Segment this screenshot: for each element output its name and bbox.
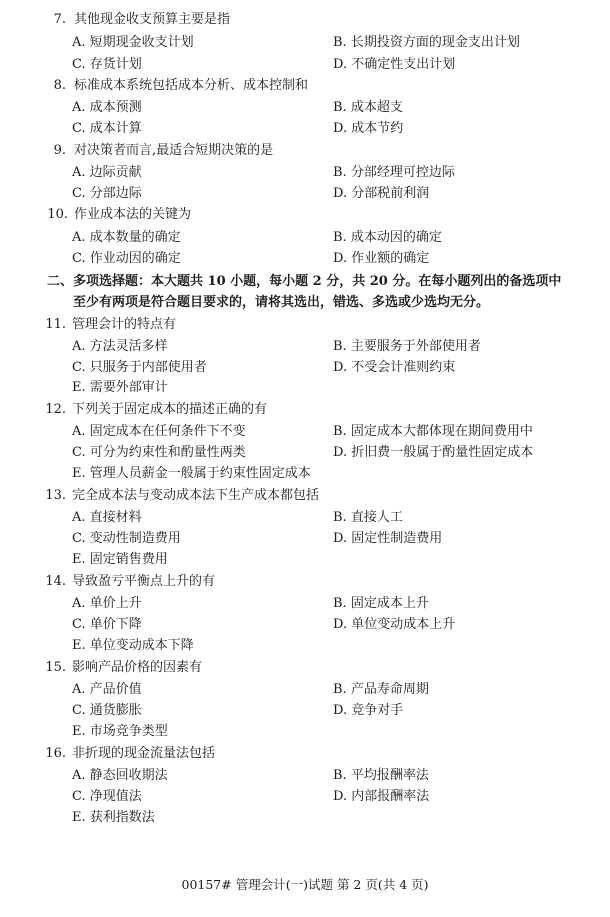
option-b: B. 长期投资方面的现金支出计划 (333, 35, 520, 51)
option-c: C. 通货膨胀 (72, 703, 142, 719)
option-e: E. 获利指数法 (72, 810, 155, 826)
option-e: E. 市场竞争类型 (72, 724, 168, 740)
option-d: D. 分部税前利润 (333, 186, 429, 202)
option-c: C. 存货计划 (72, 57, 142, 73)
question-stem: 非折现的现金流量法包括 (72, 746, 215, 762)
option-e: E. 单位变动成本下降 (72, 638, 194, 654)
question-number: 15. (36, 660, 66, 676)
option-c: C. 净现值法 (72, 789, 142, 805)
option-a: A. 短期现金收支计划 (72, 35, 194, 51)
option-b: B. 产品寿命周期 (333, 682, 429, 698)
option-b: B. 成本超支 (333, 100, 403, 116)
option-c: C. 分部边际 (72, 186, 142, 202)
section-header-line-1: 二、多项选择题：本大题共 10 小题，每小题 2 分，共 20 分。在每小题列出… (47, 274, 561, 290)
option-b: B. 平均报酬率法 (333, 768, 429, 784)
option-d: D. 单位变动成本上升 (333, 617, 455, 633)
option-d: D. 不确定性支出计划 (333, 57, 455, 73)
option-e: E. 固定销售费用 (72, 552, 168, 568)
question-stem: 作业成本法的关键为 (74, 207, 191, 223)
section-header-line-2: 至少有两项是符合题目要求的，请将其选出，错选、多选或少选均无分。 (73, 295, 489, 311)
question-stem: 下列关于固定成本的描述正确的有 (72, 402, 267, 418)
question-number: 11. (36, 317, 66, 333)
option-b: B. 成本动因的确定 (333, 230, 442, 246)
option-e: E. 需要外部审计 (72, 380, 168, 396)
question-stem: 管理会计的特点有 (72, 317, 176, 333)
option-a: A. 成本数量的确定 (72, 230, 181, 246)
option-c: C. 变动性制造费用 (72, 531, 181, 547)
question-number: 10. (38, 207, 68, 223)
option-c: C. 可分为约束性和酌量性两类 (72, 445, 246, 461)
option-c: C. 只服务于内部使用者 (72, 360, 207, 376)
question-stem: 其他现金收支预算主要是指 (74, 12, 230, 28)
option-d: D. 作业额的确定 (333, 251, 429, 267)
option-c: C. 成本计算 (72, 121, 142, 137)
option-b: B. 固定成本上升 (333, 596, 429, 612)
option-c: C. 单价下降 (72, 617, 142, 633)
option-d: D. 固定性制造费用 (333, 531, 442, 547)
option-b: B. 直接人工 (333, 510, 403, 526)
question-stem: 完全成本法与变动成本法下生产成本都包括 (72, 488, 319, 504)
question-stem: 标准成本系统包括成本分析、成本控制和 (74, 78, 308, 94)
question-number: 14. (36, 574, 66, 590)
option-a: A. 成本预测 (72, 100, 142, 116)
option-c: C. 作业动因的确定 (72, 251, 181, 267)
question-stem: 影响产品价格的因素有 (72, 660, 202, 676)
option-d: D. 不受会计准则约束 (333, 360, 455, 376)
option-d: D. 内部报酬率法 (333, 789, 429, 805)
option-b: B. 固定成本大都体现在期间费用中 (333, 424, 533, 440)
option-e: E. 管理人员薪金一般属于约束性固定成本 (72, 466, 311, 482)
question-number: 13. (36, 488, 66, 504)
option-a: A. 固定成本在任何条件下不变 (72, 424, 246, 440)
option-d: D. 竞争对手 (333, 703, 403, 719)
question-number: 8. (36, 78, 66, 94)
question-number: 12. (36, 402, 66, 418)
option-a: A. 边际贡献 (72, 165, 142, 181)
question-number: 9. (36, 143, 66, 159)
question-number: 16. (36, 746, 66, 762)
option-a: A. 单价上升 (72, 596, 142, 612)
question-stem: 导致盈亏平衡点上升的有 (72, 574, 215, 590)
option-a: A. 方法灵活多样 (72, 339, 168, 355)
question-number: 7. (36, 12, 66, 28)
option-b: B. 分部经理可控边际 (333, 165, 455, 181)
option-a: A. 直接材料 (72, 510, 142, 526)
option-d: D. 折旧费一般属于酌量性固定成本 (333, 445, 533, 461)
option-b: B. 主要服务于外部使用者 (333, 339, 481, 355)
question-stem: 对决策者而言,最适合短期决策的是 (74, 143, 273, 159)
page-footer: 00157# 管理会计(一)试题 第 2 页(共 4 页) (0, 877, 610, 893)
option-a: A. 产品价值 (72, 682, 142, 698)
option-a: A. 静态回收期法 (72, 768, 168, 784)
option-d: D. 成本节约 (333, 121, 403, 137)
